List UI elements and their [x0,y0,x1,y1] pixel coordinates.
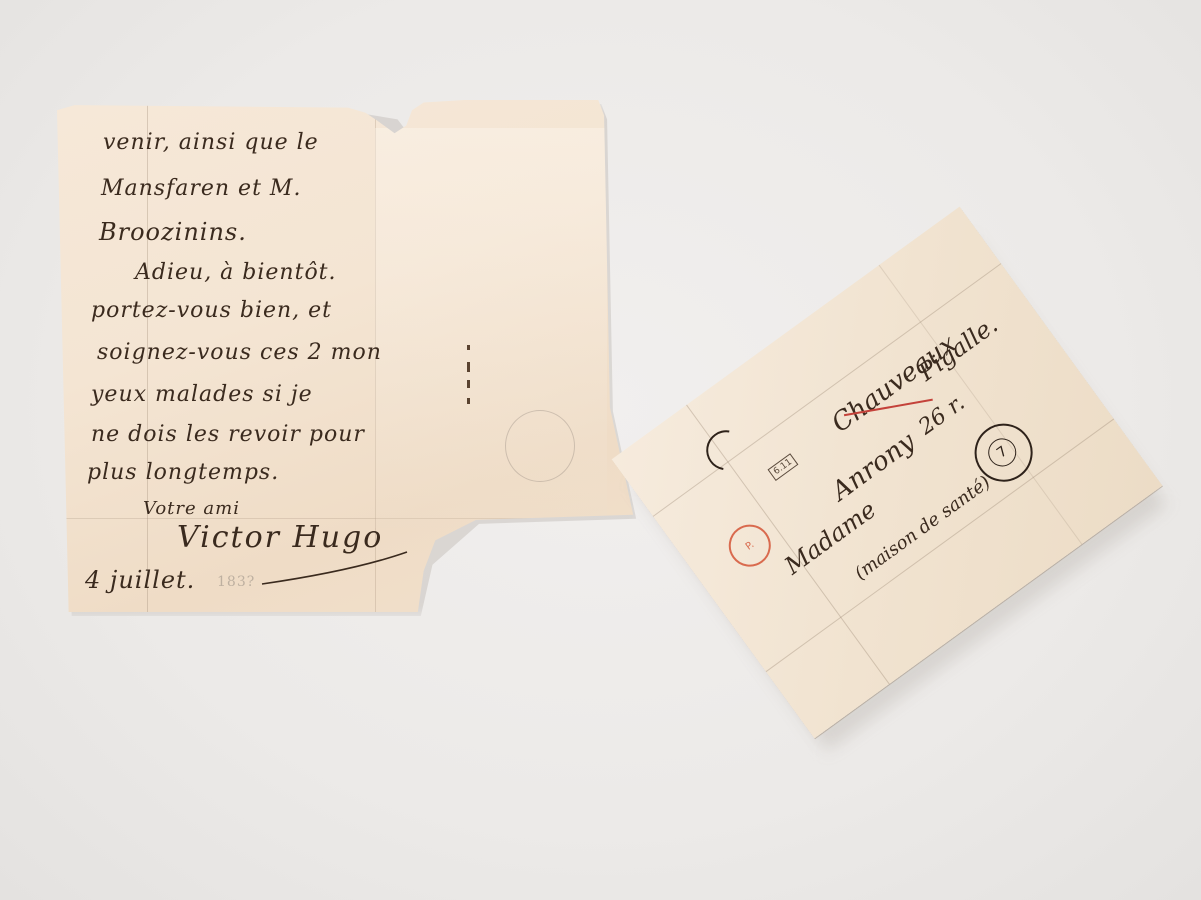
red-postmark: P. [720,516,779,575]
envelope-fold-line [653,263,1001,517]
letter-blank-panel [375,128,607,528]
envelope-fold-line [879,265,1083,545]
letter-line: yeux malades si je [91,382,313,407]
letter-line: Mansfaren et M. [101,176,301,201]
ink-mark [467,345,470,350]
envelope: 6.11 P. Madame Anrony (maison de santé) … [612,207,1163,739]
faint-postmark [505,410,575,482]
address-line: 26 r. [914,390,969,440]
ink-mark [467,398,470,404]
letter-date: 4 juillet. [85,566,195,594]
letter-line: Adieu, à bientôt. [135,260,337,285]
boxed-label: 6.11 [768,453,799,481]
pencil-annotation: 183? [217,574,255,590]
letter-line: plus longtemps. [87,460,279,485]
ink-mark [467,362,470,372]
postmark-day: 7 [983,433,1022,472]
signature-flourish [257,548,417,588]
address-line: Anrony [826,427,921,507]
letter-line: Broozinins. [99,218,247,246]
letter-line: ne dois les revoir pour [91,422,365,447]
address-line: (maison de santé) [851,472,995,584]
ink-mark [467,380,470,388]
partial-postmark [698,422,754,478]
letter-line: soignez-vous ces 2 mon [97,340,382,365]
letter-closing: Votre ami [143,498,240,519]
letter-line: venir, ainsi que le [103,130,319,155]
photograph: venir, ainsi que le Mansfaren et M. Broo… [0,0,1201,900]
letter-sheet: venir, ainsi que le Mansfaren et M. Broo… [57,100,639,612]
letter-line: portez-vous bien, et [91,298,332,323]
